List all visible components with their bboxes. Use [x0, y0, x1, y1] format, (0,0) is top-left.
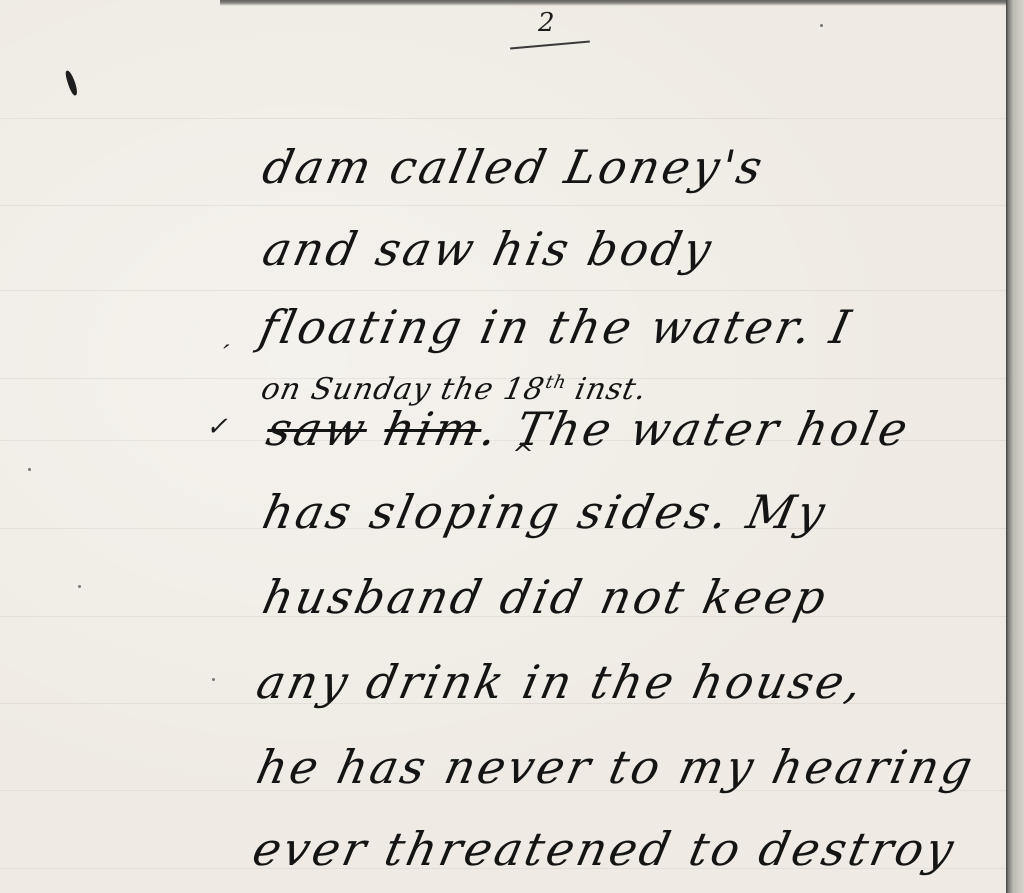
- ink-blot-mark: [64, 70, 79, 97]
- struck-word: saw: [262, 402, 373, 456]
- margin-check-mark: ✓: [206, 412, 228, 442]
- manuscript-line-9: ever threatened to destroy: [248, 822, 961, 876]
- manuscript-line-7: any drink in the house,: [252, 655, 870, 709]
- paper-speck: [28, 468, 31, 471]
- line-text: and saw his body: [258, 222, 719, 276]
- manuscript-line-6: husband did not keep: [258, 570, 833, 624]
- ruled-line: [0, 118, 1006, 119]
- struck-word: him: [379, 402, 487, 456]
- line-text: husband did not keep: [258, 570, 833, 624]
- line-text: has sloping sides. My: [258, 485, 833, 539]
- manuscript-line-1: dam called Loney's: [258, 140, 770, 194]
- line-text: any drink in the house,: [252, 655, 870, 709]
- paper-speck: [78, 585, 81, 588]
- line-text: floating in the water. I: [255, 300, 858, 354]
- manuscript-line-5: has sloping sides. My: [258, 485, 833, 539]
- line-text: dam called Loney's: [258, 140, 770, 194]
- page-number-underline: [510, 41, 590, 50]
- paper-speck: [212, 678, 215, 681]
- ruled-line: [0, 290, 1006, 291]
- ruled-line: [0, 205, 1006, 206]
- manuscript-line-3: floating in the water. I: [255, 300, 858, 354]
- page-number: 2: [538, 8, 555, 38]
- manuscript-line-2: and saw his body: [258, 222, 719, 276]
- manuscript-page: 2 dam called Loney's and saw his body ˏ …: [0, 0, 1024, 893]
- margin-tick-mark: ˏ: [222, 320, 231, 350]
- line-text: . The water hole: [476, 402, 915, 456]
- manuscript-line-4: saw him. The water hole: [262, 402, 915, 456]
- insertion-caret: ^: [512, 440, 534, 470]
- page-top-edge-shadow: [220, 0, 1024, 6]
- manuscript-line-8: he has never to my hearing: [252, 740, 980, 794]
- line-text: ever threatened to destroy: [248, 822, 961, 876]
- page-right-edge: [1006, 0, 1024, 893]
- paper-speck: [820, 24, 823, 27]
- line-text: he has never to my hearing: [252, 740, 980, 794]
